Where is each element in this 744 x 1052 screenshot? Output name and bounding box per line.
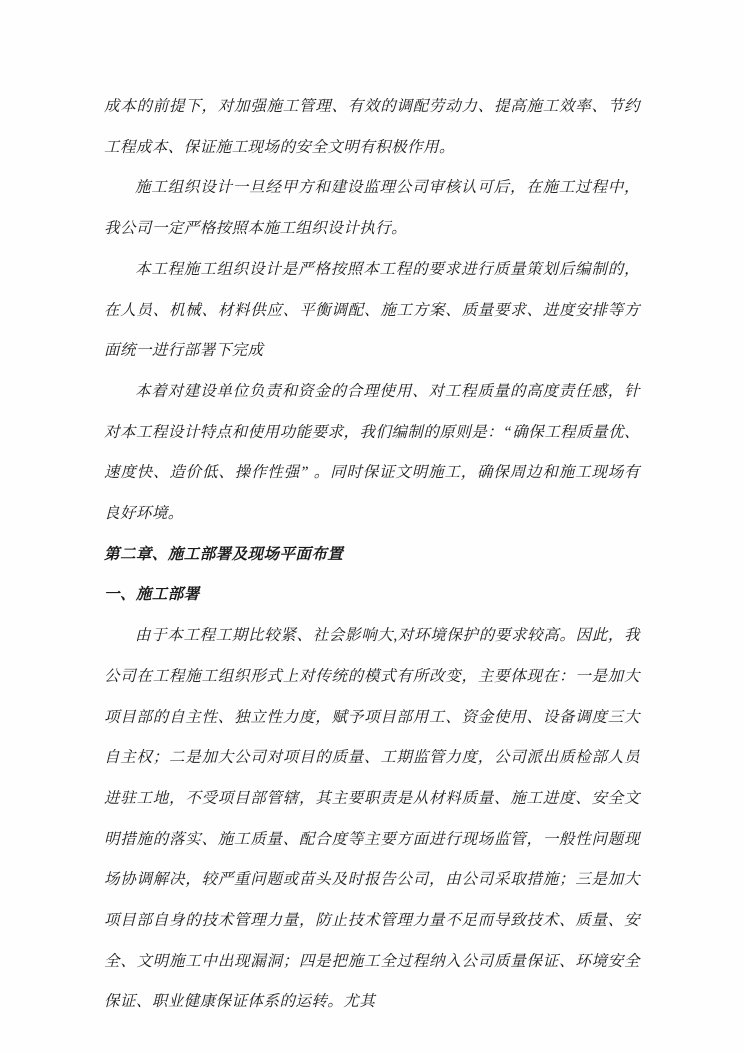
- paragraph-continuation: 成本的前提下，对加强施工管理、有效的调配劳动力、提高施工效率、节约工程成本、保证…: [104, 87, 640, 168]
- paragraph: 由于本工程工期比较紧、社会影响大,对环境保护的要求较高。因此，我公司在工程施工组…: [104, 616, 640, 1023]
- paragraph: 本工程施工组织设计是严格按照本工程的要求进行质量策划后编制的，在人员、机械、材料…: [104, 250, 640, 372]
- document-page: 成本的前提下，对加强施工管理、有效的调配劳动力、提高施工效率、节约工程成本、保证…: [0, 0, 744, 1052]
- paragraph: 施工组织设计一旦经甲方和建设监理公司审核认可后，在施工过程中，我公司一定严格按照…: [104, 168, 640, 249]
- chapter-heading: 第二章、施工部署及现场平面布置: [104, 535, 640, 576]
- paragraph: 本着对建设单位负责和资金的合理使用、对工程质量的高度责任感，针对本工程设计特点和…: [104, 372, 640, 535]
- section-heading: 一、施工部署: [104, 575, 640, 616]
